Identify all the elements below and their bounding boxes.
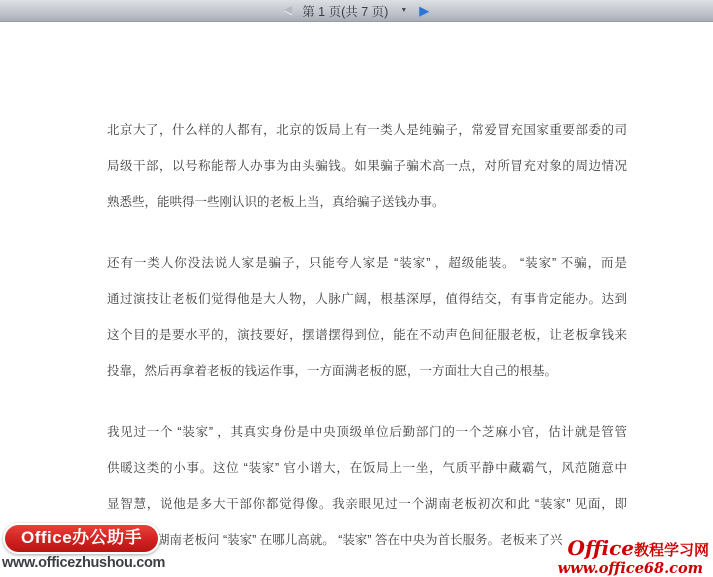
paragraph-line: 还有一类人你没法说人家是骗子，只能夸人家是 “装家” ，超级能装。 “装家” 不… <box>107 245 627 281</box>
watermark-title: Office教程学习网 <box>558 538 709 560</box>
paragraph-1: 北京大了，什么样的人都有，北京的饭局上有一类人是纯骗子，常爱冒充国家重要部委的司… <box>107 112 627 220</box>
paragraph-3: 我见过一个 “装家” ，其真实身份是中央顶级单位后勤部门的一个芝麻小官，估计就是… <box>107 414 627 558</box>
paragraph-line: 北京大了，什么样的人都有，北京的饭局上有一类人是纯骗子，常爱冒充国家重要部委的司 <box>107 112 627 148</box>
paragraph-line: 我见过一个 “装家” ，其真实身份是中央顶级单位后勤部门的一个芝麻小官，估计就是… <box>107 414 627 450</box>
site-badge-url: www.officezhushou.com <box>2 555 165 571</box>
chevron-down-icon[interactable]: ▼ <box>398 4 409 17</box>
previous-page-icon[interactable]: ◀ <box>284 5 292 16</box>
site-badge-label: Office办公助手 <box>3 523 160 554</box>
paragraph-line: 局级干部，以号称能帮人办事为由头骗钱。如果骗子骗术高一点，对所冒充对象的周边情况 <box>107 148 627 184</box>
paragraph-line: 显智慧，说他是多大干部你都觉得像。我亲眼见过一个湖南老板初次和此 “装家” 见面… <box>107 486 627 522</box>
paragraph-2: 还有一类人你没法说人家是骗子，只能夸人家是 “装家” ，超级能装。 “装家” 不… <box>107 245 627 389</box>
watermark: Office教程学习网 www.office68.com <box>558 538 709 576</box>
site-badge: Office办公助手 www.officezhushou.com <box>3 523 165 571</box>
page-indicator: 第 1 页(共 7 页) <box>302 2 388 20</box>
document-text: 北京大了，什么样的人都有，北京的饭局上有一类人是纯骗子，常爱冒充国家重要部委的司… <box>107 112 627 577</box>
paragraph-line: 这个目的是要水平的，演技要好，摆谱摆得到位，能在不动声色间征服老板，让老板拿钱来 <box>107 317 627 353</box>
paragraph-line: 通过演技让老板们觉得他是大人物，人脉广阔，根基深厚，值得结交，有事肯定能办。达到 <box>107 281 627 317</box>
paragraph-line: 供暖这类的小事。这位 “装家” 官小谱大，在饭局上一坐，气质平静中藏霸气，风范随… <box>107 450 627 486</box>
document-page: 北京大了，什么样的人都有，北京的饭局上有一类人是纯骗子，常爱冒充国家重要部委的司… <box>0 21 713 577</box>
next-page-icon[interactable]: ▶ <box>419 4 429 17</box>
watermark-title-suffix: 教程学习网 <box>634 542 709 559</box>
paragraph-line: 熟悉些，能哄得一些刚认识的老板上当，真给骗子送钱办事。 <box>107 184 627 220</box>
page-navigation-bar: ◀ 第 1 页(共 7 页) ▼ ▶ <box>0 0 713 22</box>
watermark-url: www.office68.com <box>558 561 709 576</box>
paragraph-line: 投靠，然后再拿着老板的钱运作事，一方面满老板的愿，一方面壮大自己的根基。 <box>107 353 627 389</box>
paragraph-line: 被征服，湖南老板问 “装家” 在哪儿高就。 “装家” 答在中央为首长服务。老板来… <box>107 522 627 558</box>
watermark-title-prefix: Office <box>568 536 634 560</box>
